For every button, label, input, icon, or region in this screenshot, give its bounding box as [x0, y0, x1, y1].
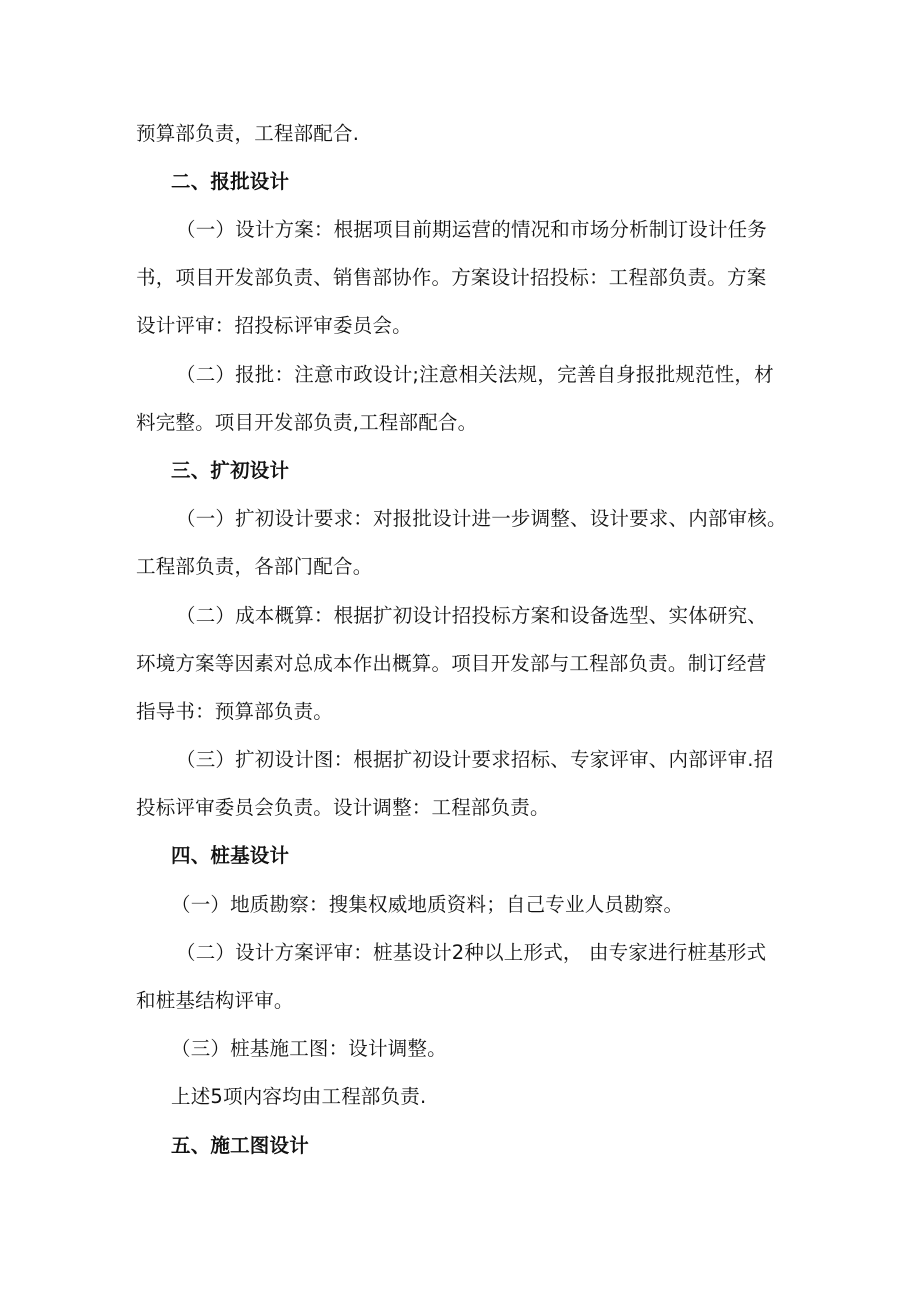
- section-heading-5: 五、施工图设计: [171, 1132, 309, 1160]
- para-line: （二）设计方案评审：桩基设计2种以上形式， 由专家进行桩基形式: [176, 939, 766, 967]
- section-heading-2: 二、报批设计: [171, 168, 289, 196]
- body-line: 设计评审：招投标评审委员会。: [136, 312, 412, 340]
- body-line: 投标评审委员会负责。设计调整：工程部负责。: [136, 794, 550, 822]
- section-heading-3: 三、扩初设计: [171, 457, 289, 485]
- note-line: 上述5项内容均由工程部负责.: [171, 1083, 426, 1111]
- para-line: （二）成本概算：根据扩初设计招投标方案和设备选型、实体研究、: [176, 602, 767, 630]
- body-line: 料完整。项目开发部负责,工程部配合。: [136, 409, 477, 437]
- body-line: 书，项目开发部负责、销售部协作。方案设计招投标：工程部负责。方案: [136, 264, 766, 292]
- para-line: （一）地质勘察：搜集权威地质资料；自己专业人员勘察。: [171, 891, 683, 919]
- body-line: 指导书：预算部负责。: [136, 698, 333, 726]
- para-line: （二）报批：注意市政设计;注意相关法规，完善自身报批规范性，材: [176, 361, 774, 389]
- section-heading-4: 四、桩基设计: [171, 842, 289, 870]
- para-line: （一）扩初设计要求：对报批设计进一步调整、设计要求、内部审核。: [176, 505, 787, 533]
- body-line: 环境方案等因素对总成本作出概算。项目开发部与工程部负责。制订经营: [136, 650, 766, 678]
- body-line: 工程部负责，各部门配合。: [136, 553, 372, 581]
- para-line: （一）设计方案：根据项目前期运营的情况和市场分析制订设计任务: [176, 216, 767, 244]
- para-line: （三）桩基施工图：设计调整。: [171, 1035, 447, 1063]
- body-line: 和桩基结构评审。: [136, 987, 294, 1015]
- para-line: （三）扩初设计图：根据扩初设计要求招标、专家评审、内部评审.招: [176, 746, 773, 774]
- body-line: 预算部负责，工程部配合.: [136, 120, 359, 148]
